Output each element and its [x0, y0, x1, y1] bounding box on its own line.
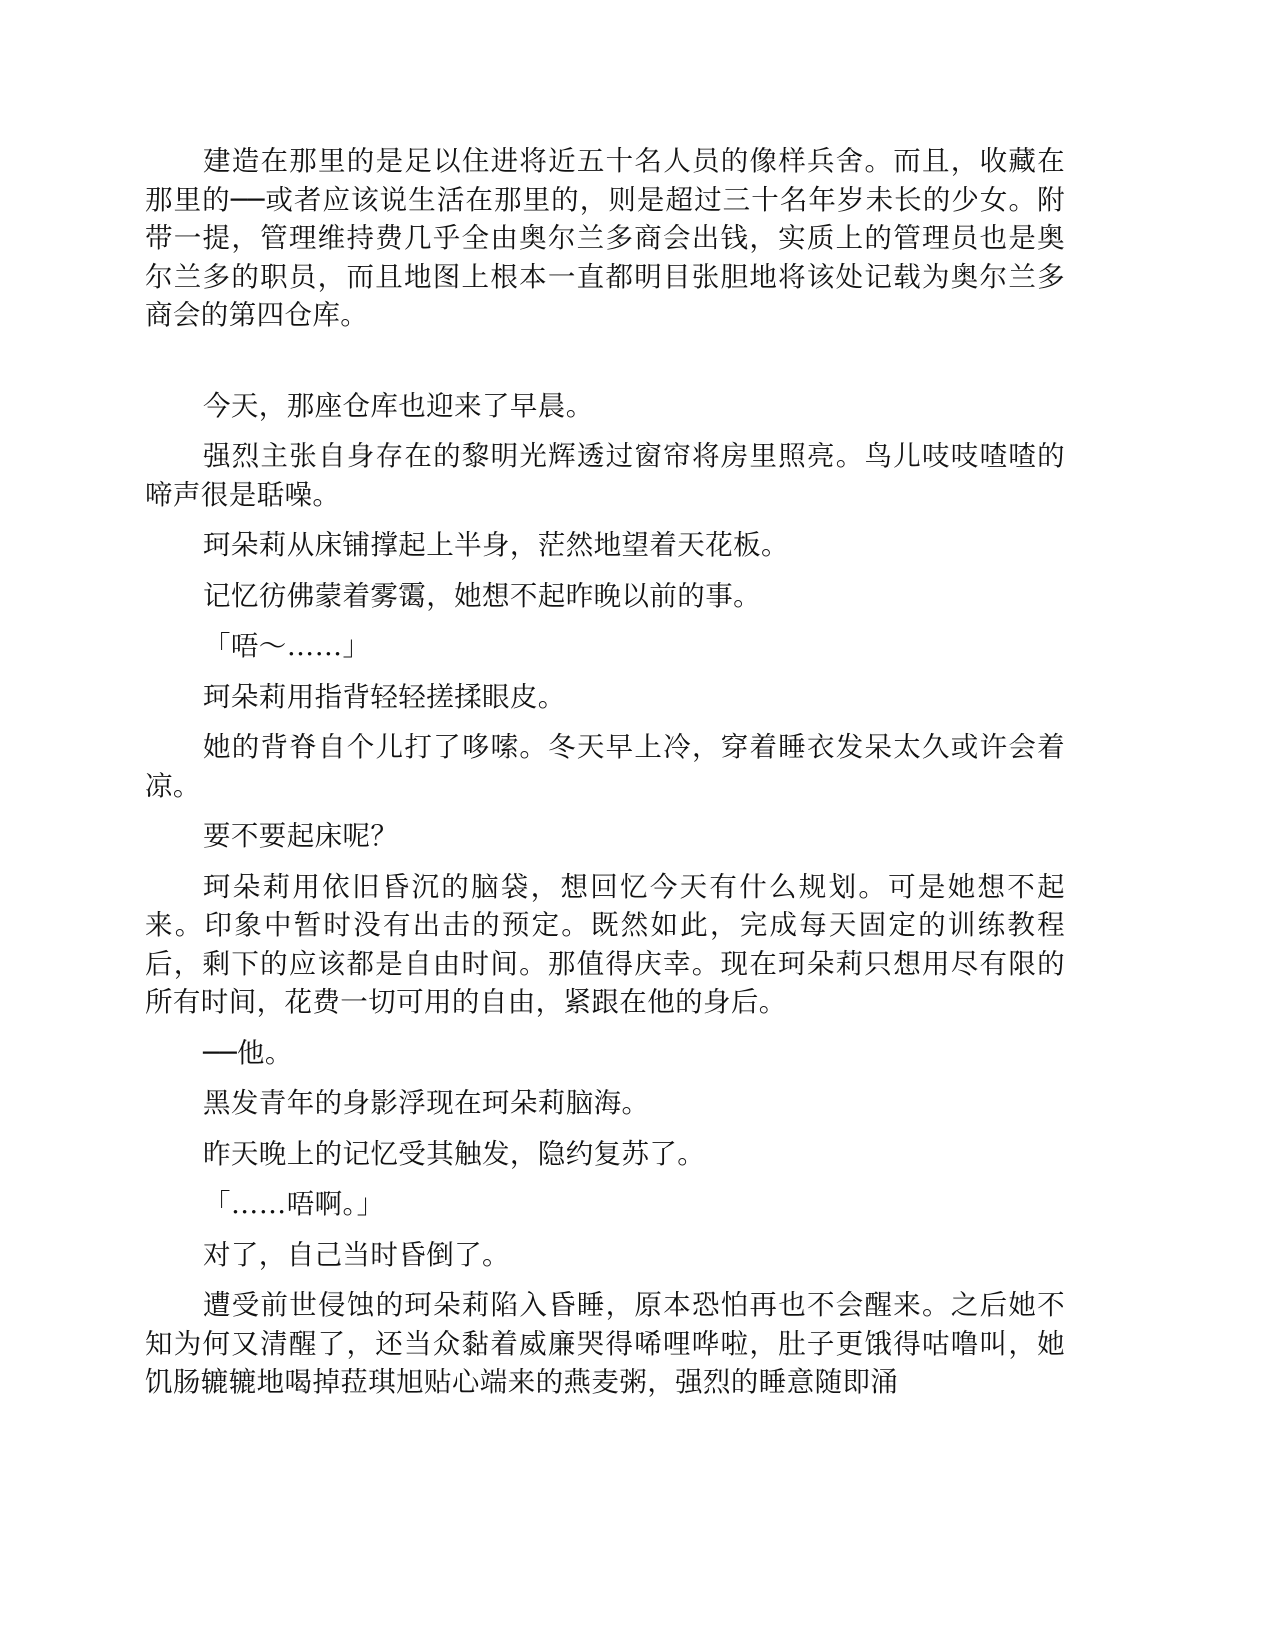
dialogue-line-1: 「唔～……」 [145, 627, 1065, 666]
paragraph-fainted: 对了，自己当时昏倒了。 [145, 1236, 1065, 1275]
paragraph-rubs-eyes: 珂朵莉用指背轻轻搓揉眼皮。 [145, 678, 1065, 717]
paragraph-memory-fog: 记忆彷佛蒙着雾霭，她想不起昨晚以前的事。 [145, 577, 1065, 616]
paragraph-memory-revived: 昨天晚上的记忆受其触发，隐约复苏了。 [145, 1135, 1065, 1174]
paragraph-coma-recap: 遭受前世侵蚀的珂朵莉陷入昏睡，原本恐怕再也不会醒来。之后她不知为何又清醒了，还当… [145, 1286, 1065, 1402]
paragraph-sits-up: 珂朵莉从床铺撑起上半身，茫然地望着天花板。 [145, 526, 1065, 565]
dialogue-line-2: 「……唔啊。」 [145, 1185, 1065, 1224]
paragraph-shiver: 她的背脊自个儿打了哆嗦。冬天早上冷，穿着睡衣发呆太久或许会着凉。 [145, 728, 1065, 805]
paragraph-him: ──他。 [145, 1034, 1065, 1073]
paragraph-get-up-question: 要不要起床呢？ [145, 817, 1065, 856]
paragraph-dawn-light: 强烈主张自身存在的黎明光辉透过窗帘将房里照亮。鸟儿吱吱喳喳的啼声很是聒噪。 [145, 437, 1065, 514]
paragraph-black-haired-youth: 黑发青年的身影浮现在珂朵莉脑海。 [145, 1084, 1065, 1123]
paragraph-morning: 今天，那座仓库也迎来了早晨。 [145, 387, 1065, 426]
paragraph-plans: 珂朵莉用依旧昏沉的脑袋，想回忆今天有什么规划。可是她想不起来。印象中暂时没有出击… [145, 868, 1065, 1022]
paragraph-barracks-description: 建造在那里的是足以住进将近五十名人员的像样兵舍。而且，收藏在那里的──或者应该说… [145, 142, 1065, 335]
document-page: 建造在那里的是足以住进将近五十名人员的像样兵舍。而且，收藏在那里的──或者应该说… [145, 142, 1065, 1414]
